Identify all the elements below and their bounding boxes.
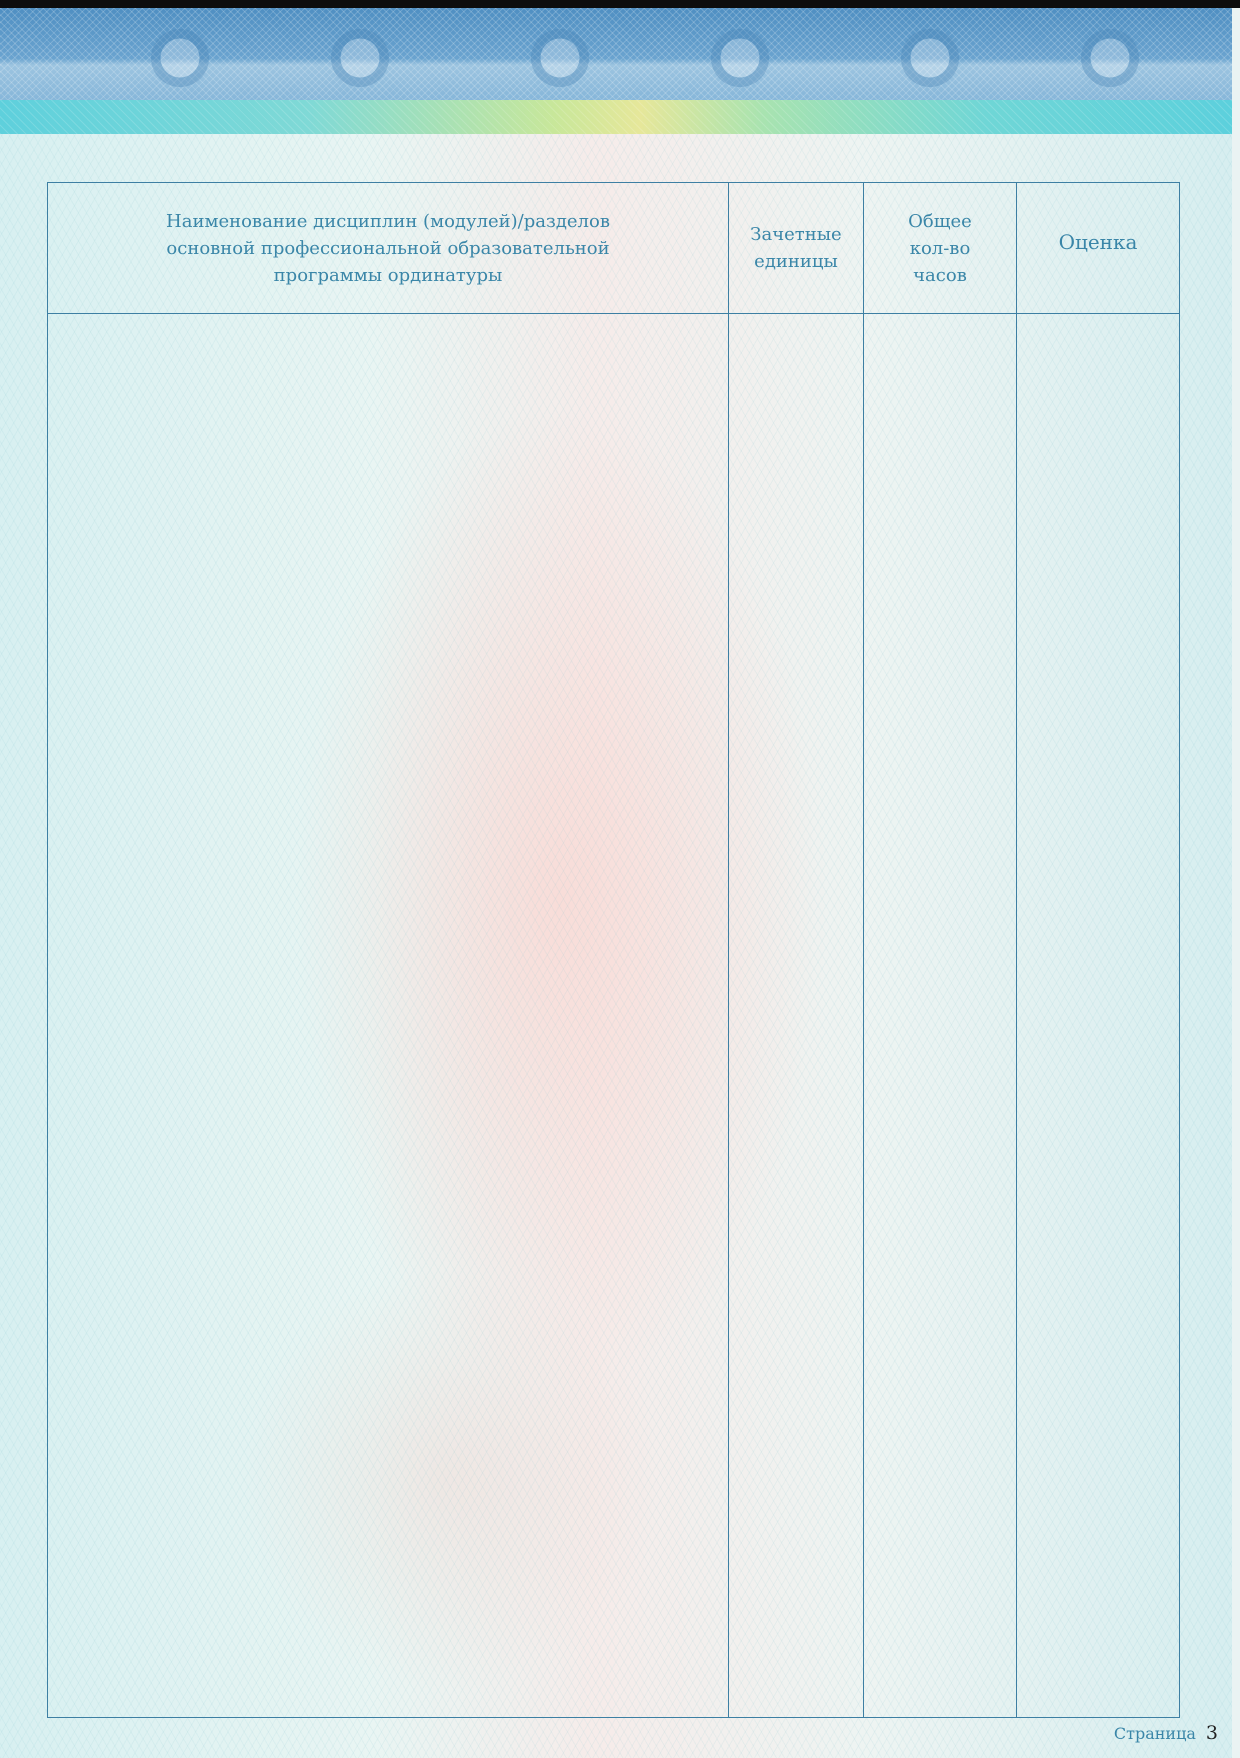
page-number: 3 [1206, 1722, 1218, 1744]
cell-credit-units [729, 314, 864, 1718]
cell-total-hours [864, 314, 1017, 1718]
header-grade: Оценка [1017, 183, 1180, 314]
scan-edge [0, 0, 1240, 8]
header-total-hours: Общее кол-во часов [864, 183, 1017, 314]
table-body-empty-row [48, 314, 1180, 1718]
table-header-row: Наименование дисциплин (модулей)/раздело… [48, 183, 1180, 314]
guilloche-band [0, 8, 1232, 100]
page-label: Страница [1114, 1724, 1196, 1743]
cell-discipline-name [48, 314, 729, 1718]
page-edge [1232, 8, 1240, 1758]
iridescent-band [0, 100, 1232, 134]
header-discipline-name: Наименование дисциплин (модулей)/раздело… [48, 183, 729, 314]
page-footer: Страница 3 [1114, 1722, 1218, 1744]
disciplines-table: Наименование дисциплин (модулей)/раздело… [47, 182, 1180, 1718]
header-credit-units: Зачетные единицы [729, 183, 864, 314]
cell-grade [1017, 314, 1180, 1718]
